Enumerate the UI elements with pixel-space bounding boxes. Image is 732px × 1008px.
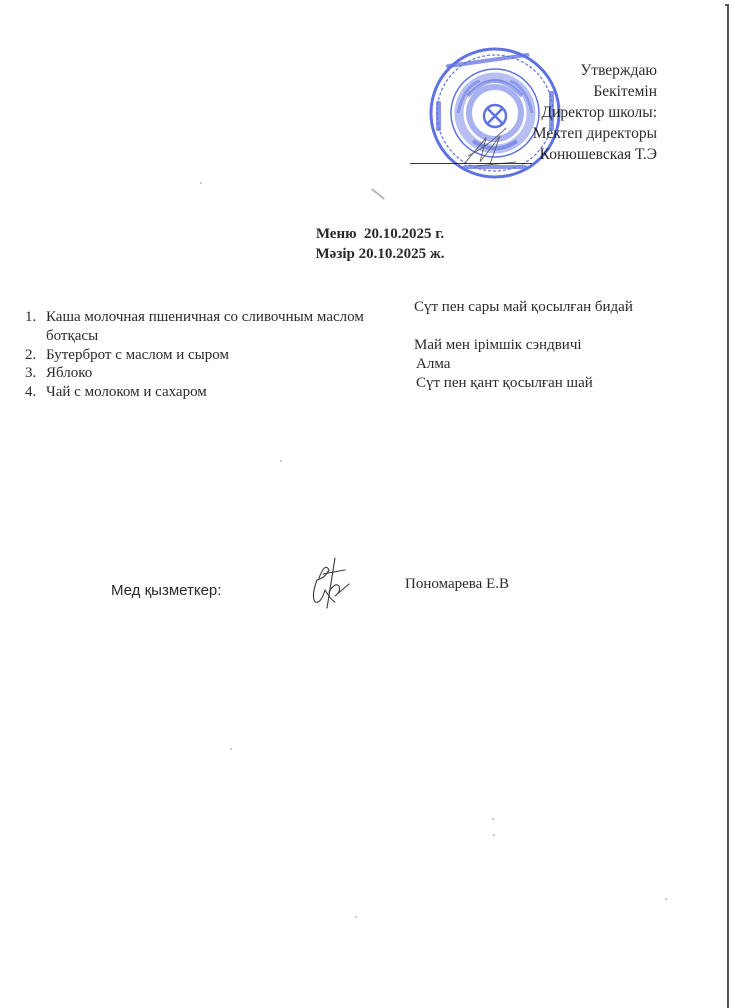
menu-list-kz: Сүт пен сары май қосылған бидай Май мен … <box>414 298 633 393</box>
medical-staff-name: Пономарева Е.В <box>405 576 509 593</box>
menu-list-ru: 1. Каша молочная пшеничная со сливочным … <box>25 308 364 402</box>
official-stamp-icon <box>428 46 562 180</box>
medical-staff-label: Мед қызметкер: <box>111 582 221 599</box>
scan-speck <box>230 748 232 750</box>
menu-title-ru: Меню 20.10.2025 г. <box>0 224 732 244</box>
scan-speck <box>493 834 495 836</box>
scan-page-edge <box>727 4 729 1008</box>
menu-item-kz: Сүт пен сары май қосылған бидай <box>414 298 633 317</box>
menu-item-text: Яблоко <box>46 365 92 381</box>
handwritten-signature-icon <box>305 556 357 612</box>
menu-item: 3. Яблоко <box>25 364 364 383</box>
scan-page-edge-corner <box>725 4 729 6</box>
menu-item-text-continuation: ботқасы <box>46 328 98 344</box>
menu-item: 1. Каша молочная пшеничная со сливочным … <box>25 308 364 346</box>
menu-title: Меню 20.10.2025 г. Мәзір 20.10.2025 ж. <box>0 224 732 264</box>
menu-item-kz: Май мен ірімшік сэндвичі <box>414 336 633 355</box>
menu-item: 2. Бутерброт с маслом и сыром <box>25 346 364 365</box>
menu-item-number: 2. <box>25 346 36 365</box>
menu-item-text: Бутерброт с маслом и сыром <box>46 347 229 363</box>
scan-speck <box>355 916 357 918</box>
scan-speck <box>492 818 494 820</box>
menu-item-kz: Алма <box>414 355 633 374</box>
menu-item-kz: Сүт пен қант қосылған шай <box>414 374 633 393</box>
menu-list-spacer <box>414 317 633 336</box>
scan-speck <box>665 898 667 900</box>
menu-item-number: 3. <box>25 364 36 383</box>
menu-item: 4. Чай с молоком и сахаром <box>25 383 364 402</box>
menu-item-text: Чай с молоком и сахаром <box>46 384 207 400</box>
menu-item-number: 4. <box>25 383 36 402</box>
scan-speck <box>280 460 282 462</box>
menu-title-kz: Мәзір 20.10.2025 ж. <box>0 244 732 264</box>
menu-item-number: 1. <box>25 308 36 327</box>
menu-item-text: Каша молочная пшеничная со сливочным мас… <box>46 309 364 325</box>
scan-speck <box>200 182 202 184</box>
scan-artifact-mark <box>371 188 385 199</box>
